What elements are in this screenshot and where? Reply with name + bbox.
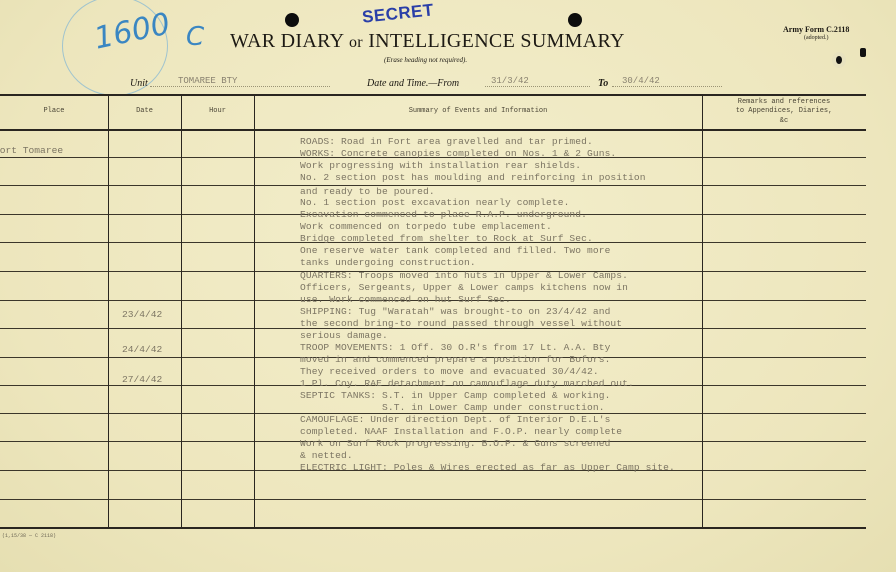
column-divider <box>108 94 109 528</box>
date-to-value: 30/4/42 <box>612 76 722 87</box>
summary-line: serious damage. <box>300 330 388 341</box>
date-cell: 24/4/42 <box>122 344 162 355</box>
summary-line: QUARTERS: Troops moved into huts in Uppe… <box>300 270 628 281</box>
summary-line: moved in and commenced prepare a positio… <box>300 354 610 365</box>
punch-hole-right <box>568 13 582 27</box>
unit-label: Unit <box>130 78 148 89</box>
column-divider <box>181 94 182 528</box>
title-intelligence-summary: INTELLIGENCE SUMMARY <box>368 30 625 52</box>
summary-line: Bridge completed from shelter to Rock at… <box>300 233 593 244</box>
form-id: Army Form C.2118 <box>783 26 849 35</box>
date-cell: 27/4/42 <box>122 374 162 385</box>
summary-line: Work progressing with installation rear … <box>300 160 581 171</box>
summary-line: S.T. in Lower Camp under construction. <box>300 402 605 413</box>
title-war-diary: WAR DIARY <box>230 30 344 52</box>
summary-line: completed. NAAF Installation and F.O.P. … <box>300 426 622 437</box>
summary-line: Excavation commenced to place R.A.P. und… <box>300 209 587 220</box>
column-header-summary: Summary of Events and Information <box>254 96 702 128</box>
heading-note: (Erase heading not required). <box>384 56 467 64</box>
army-form-label: Army Form C.2118 (adopted.) <box>783 26 849 41</box>
column-divider <box>702 94 703 528</box>
column-header-date: Date <box>108 96 181 128</box>
summary-line: ELECTRIC LIGHT: Poles & Wires erected as… <box>300 462 675 473</box>
table-bottom-border <box>0 527 866 529</box>
summary-line: WORKS: Concrete canopies completed on No… <box>300 148 616 159</box>
summary-line: and ready to be poured. <box>300 186 435 197</box>
date-to-label: To <box>598 78 608 89</box>
summary-line: One reserve water tank completed and fil… <box>300 245 610 256</box>
column-header-place: Place <box>0 96 108 128</box>
column-header-hour: Hour <box>181 96 254 128</box>
place-cell: Fort Tomaree <box>0 145 63 156</box>
secret-stamp: SECRET <box>361 0 435 27</box>
summary-line: use. Work commenced on hut Surf Sec. <box>300 294 511 305</box>
war-diary-page: 1600 C SECRET WAR DIARY or INTELLIGENCE … <box>0 0 896 572</box>
summary-line: 1 Pl. Coy. RAE detachment on camouflage … <box>300 378 634 389</box>
summary-line: tanks undergoing construction. <box>300 257 476 268</box>
summary-line: SHIPPING: Tug "Waratah" was brought-to o… <box>300 306 610 317</box>
date-cell: 23/4/42 <box>122 309 162 320</box>
print-code: (1,15/38 — C 2118) <box>2 533 56 539</box>
summary-line: Officers, Sergeants, Upper & Lower camps… <box>300 282 628 293</box>
summary-line: Work commenced on torpedo tube emplaceme… <box>300 221 552 232</box>
summary-line: They received orders to move and evacuat… <box>300 366 599 377</box>
form-note: (adopted.) <box>783 35 849 42</box>
summary-line: CAMOUFLAGE: Under direction Dept. of Int… <box>300 414 610 425</box>
column-header-remarks: Remarks and references to Appendices, Di… <box>702 96 866 128</box>
ink-mark <box>860 48 866 57</box>
title-or: or <box>349 34 363 51</box>
date-from-value: 31/3/42 <box>485 76 590 87</box>
summary-line: SEPTIC TANKS: S.T. in Upper Camp complet… <box>300 390 610 401</box>
summary-line: No. 1 section post excavation nearly com… <box>300 197 569 208</box>
summary-line: & netted. <box>300 450 353 461</box>
summary-line: the second bring-to round passed through… <box>300 318 622 329</box>
summary-line: No. 2 section post has moulding and rein… <box>300 172 646 183</box>
unit-value: TOMAREE BTY <box>150 76 330 87</box>
handwritten-letter: C <box>186 22 204 52</box>
row-line <box>0 499 866 500</box>
summary-line: Work on Surf Rock progressing. B.O.P. & … <box>300 438 610 449</box>
summary-line: TROOP MOVEMENTS: 1 Off. 30 O.R's from 17… <box>300 342 610 353</box>
page-title: WAR DIARY or INTELLIGENCE SUMMARY <box>230 30 625 53</box>
date-from-label: Date and Time.—From <box>367 78 459 89</box>
punch-mark <box>836 56 842 64</box>
header-bottom-border <box>0 129 866 131</box>
column-divider <box>254 94 255 528</box>
punch-hole-left <box>285 13 299 27</box>
summary-line: ROADS: Road in Fort area gravelled and t… <box>300 136 593 147</box>
